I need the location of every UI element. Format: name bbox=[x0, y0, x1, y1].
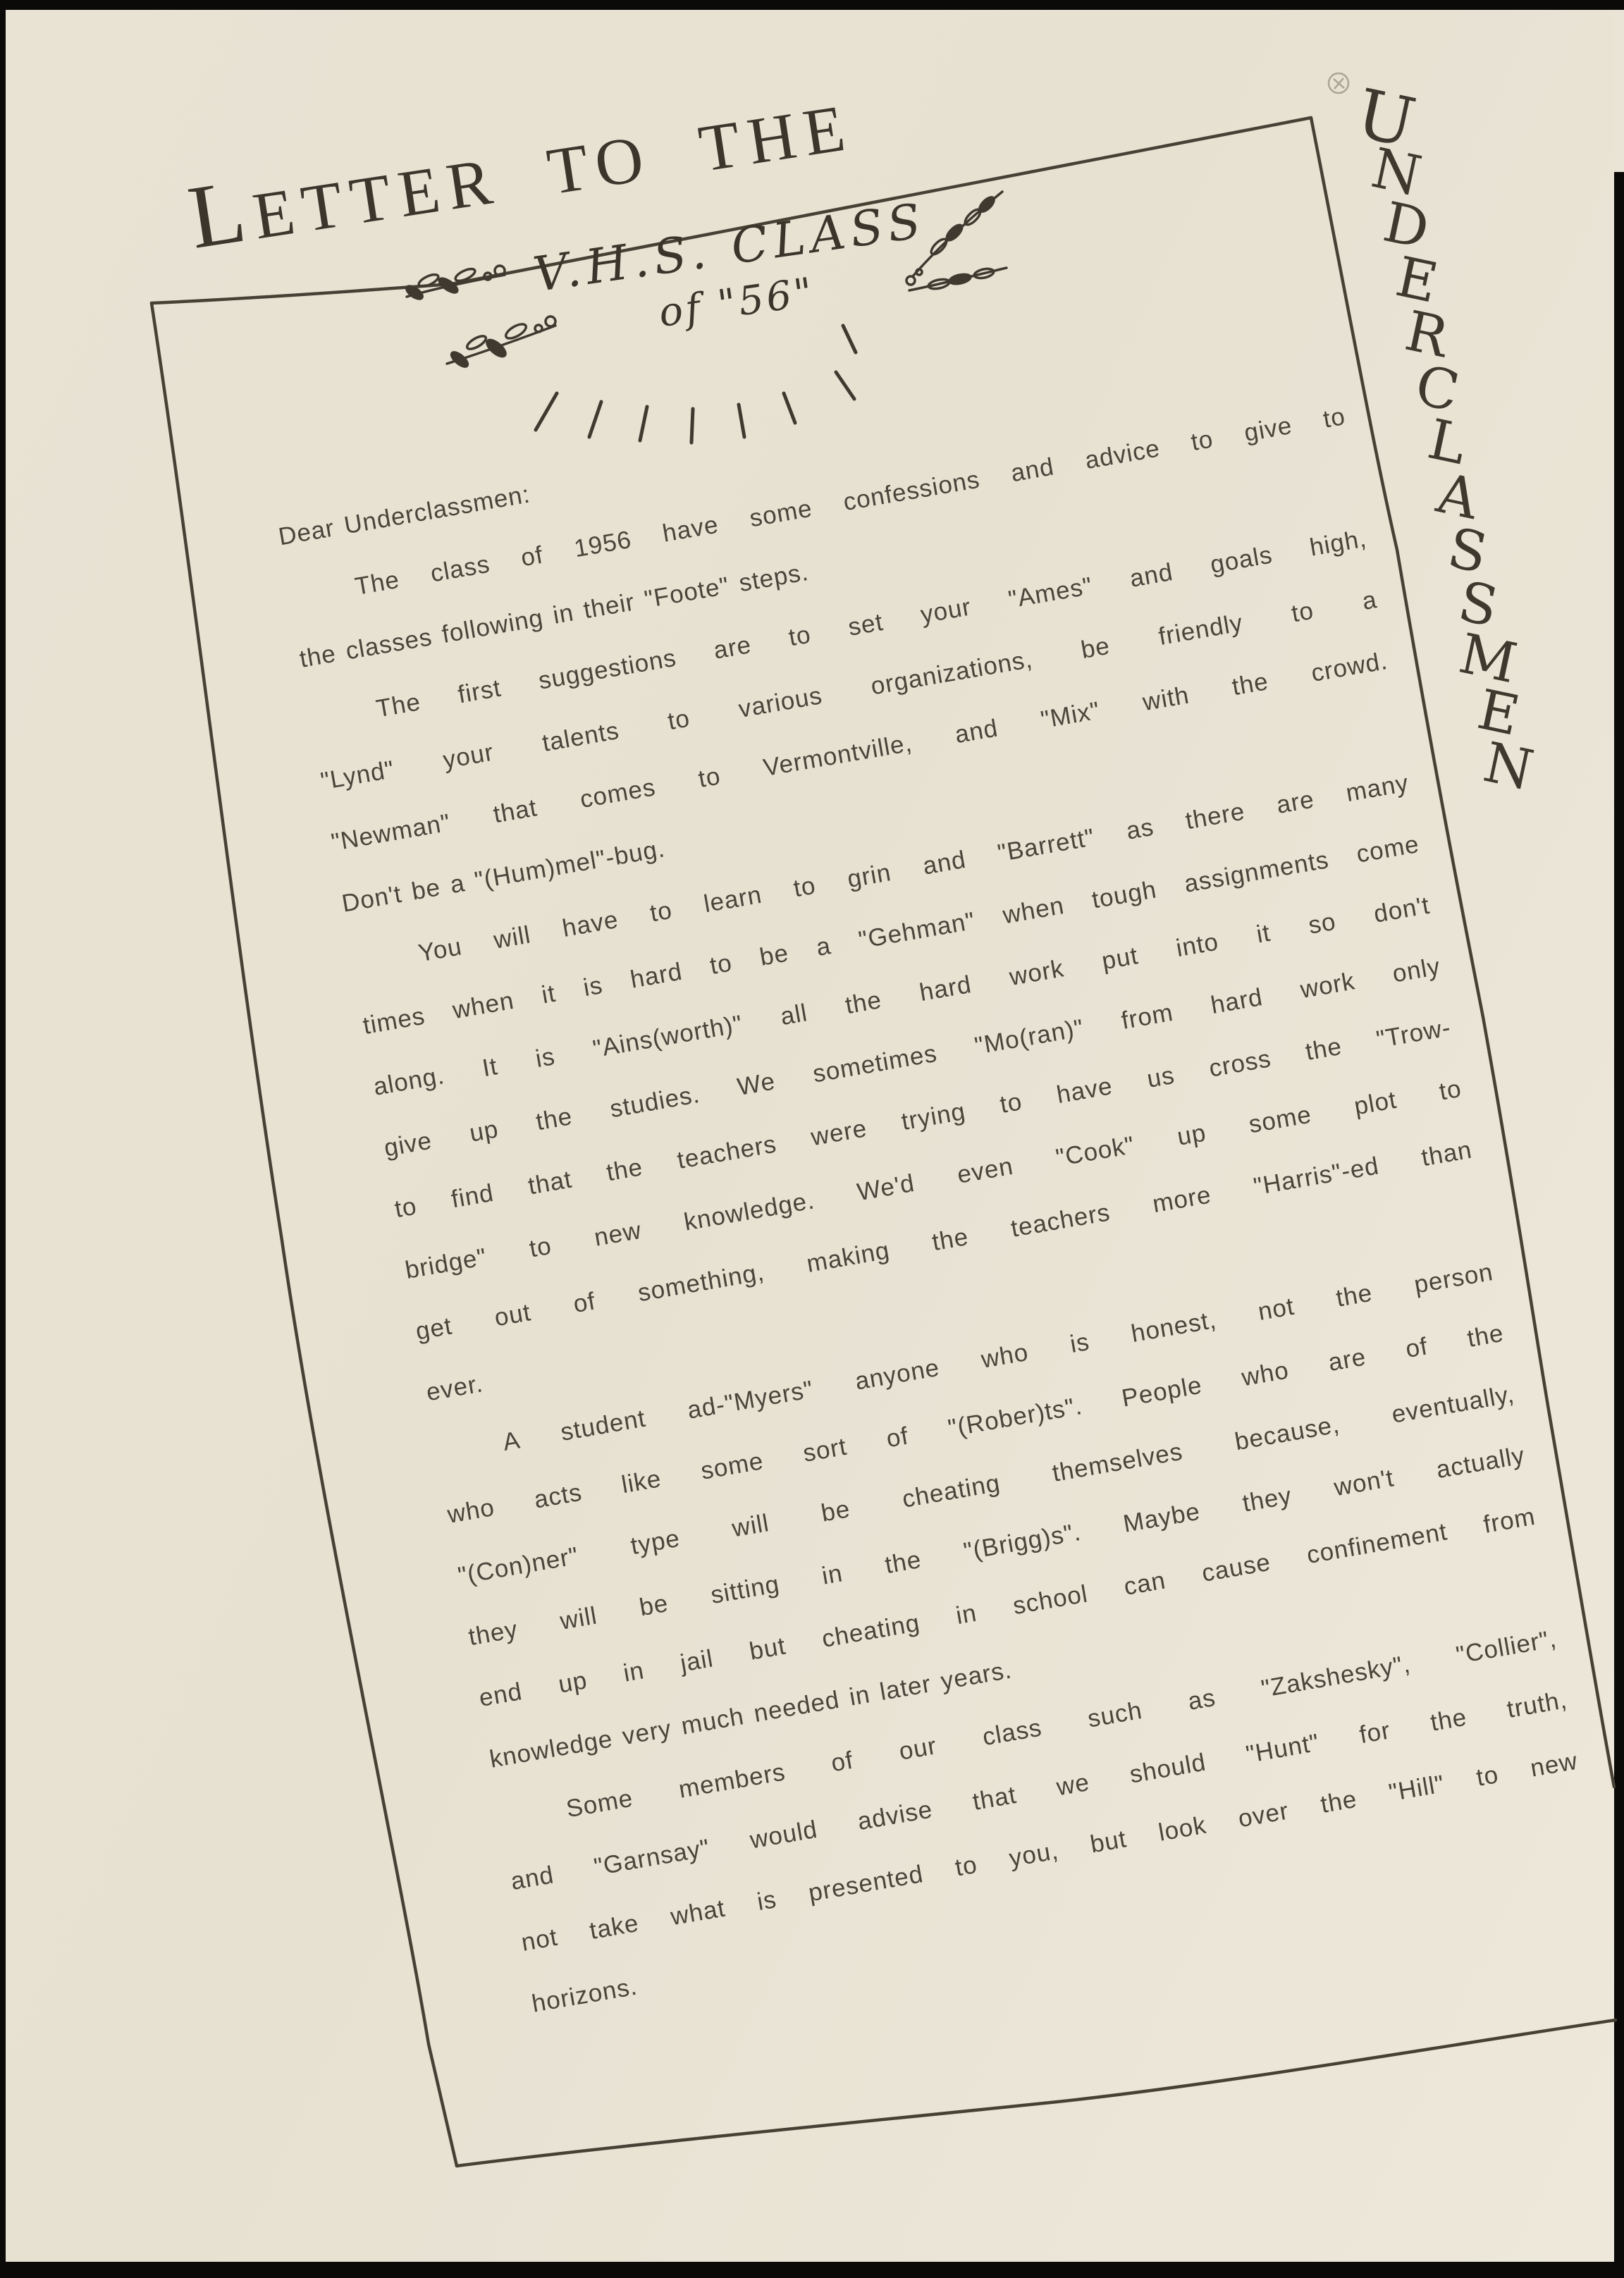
title-word: TO bbox=[543, 119, 657, 210]
scanned-page: LETTERTOTHE V.H.S. CLASS of "56" UNDERCL… bbox=[0, 0, 1624, 2278]
title-word: THE bbox=[694, 89, 858, 187]
paper-edge-notch bbox=[1614, 10, 1624, 172]
